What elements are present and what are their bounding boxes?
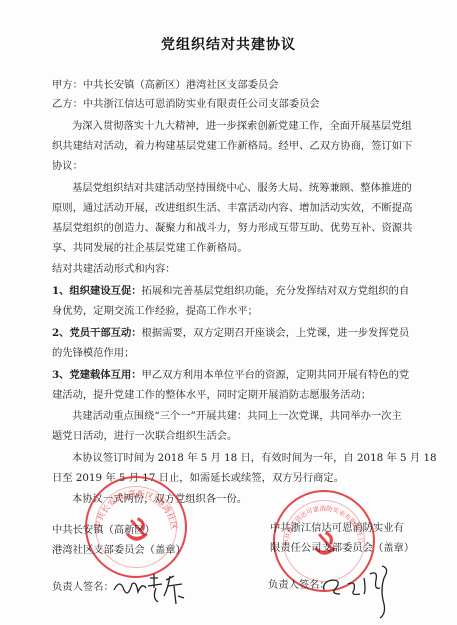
sign-b-org-line-2: 限责任公司支部委员会（盖章） [270,541,414,555]
focus-line-1: 共建活动重点围绕“三个一”开展共建：共同上一次党课，共同举办一次主 [72,409,402,423]
item-2-label: 党员干部互动： [69,327,141,339]
principle-line-4: 享、共同发展的社企基层党建工作新格局。 [52,241,248,255]
item-1: 1、组织建设互促：拓展和完善基层党组织功能，充分发挥结对双方党组织的自 [52,284,409,298]
forms-heading: 结对共建活动形式和内容： [52,262,176,276]
item-2-text: 根据需要，双方定期召开座谈会，上党课，进一步发挥党员 [142,327,410,339]
sign-a-org-line-1: 中共长安镇（高新区） [52,523,155,537]
principle-line-2: 原则，通过活动开展，改进组织生活、丰富活动内容、增加活动实效，不断提高 [52,201,412,215]
document-page: 党组织结对共建协议 甲方：中共长安镇（高新区）港湾社区支部委员会 乙方：中共浙江… [0,0,457,625]
intro-line-3: 协议： [52,159,83,173]
signature-b [320,560,410,620]
sign-a-signer-label: 负责人签名： [52,580,114,594]
item-1-label: 组织建设互促： [69,285,141,297]
item-3: 3、党建载体互用：甲乙双方利用本单位平台的资源，定期共同开展有特色的党 [52,368,409,382]
svg-text:中共浙江信达可恩消防实业有限责任公司支部委员会: 中共浙江信达可恩消防实业有限责任公司支部委员会 [275,492,365,546]
item-3-text: 甲乙双方利用本单位平台的资源，定期共同开展有特色的党 [142,369,410,381]
sign-a-org-line-2: 港湾社区支部委员会（盖章） [52,543,186,557]
item-2: 2、党员干部互动：根据需要，双方定期召开座谈会，上党课，进一步发挥党员 [52,326,409,340]
principle-line-3: 基层党组织的创造力、凝聚力和战斗力，努力形成互带互助、优势互补、资源共 [52,221,412,235]
principle-line-1: 基层党组织结对共建活动坚持围绕中心、服务大局、统筹兼顾、整体推进的 [72,181,412,195]
intro-line-1: 为深入贯彻落实十九大精神，进一步探索创新党建工作，全面开展基层党组 [72,119,412,133]
party-a: 甲方：中共长安镇（高新区）港湾社区支部委员会 [52,78,279,92]
item-3-num: 3、 [52,369,69,381]
term-line-1: 本协议签订时间为 2018 年 5 月 18 日，有效时间为一年，自 2018 … [72,451,437,465]
sign-b-org-line-1: 中共浙江信达可恩消防实业有 [270,521,404,535]
party-b: 乙方：中共浙江信达可恩消防实业有限责任公司支部委员会 [52,97,320,111]
item-2-num: 2、 [52,327,69,339]
signature-a [112,568,192,608]
item-3-label: 党建载体互用： [69,369,141,381]
document-title: 党组织结对共建协议 [0,34,457,54]
item-1-text: 拓展和完善基层党组织功能，充分发挥结对双方党组织的自 [142,285,410,297]
item-3-cont: 建活动，提升党建工作的整体水平，同时定期开展消防志愿服务活动； [52,388,371,402]
focus-line-2: 题党日活动，进行一次联合组织生活会。 [52,429,237,443]
item-1-num: 1、 [52,285,69,297]
item-2-cont: 的先锋模范作用； [52,346,134,360]
item-1-cont: 身优势，定期交流工作经验，提高工作水平； [52,304,258,318]
intro-line-2: 织共建结对活动，着力构建基层党建工作新格局。经甲、乙双方协商，签订如下 [52,139,412,153]
